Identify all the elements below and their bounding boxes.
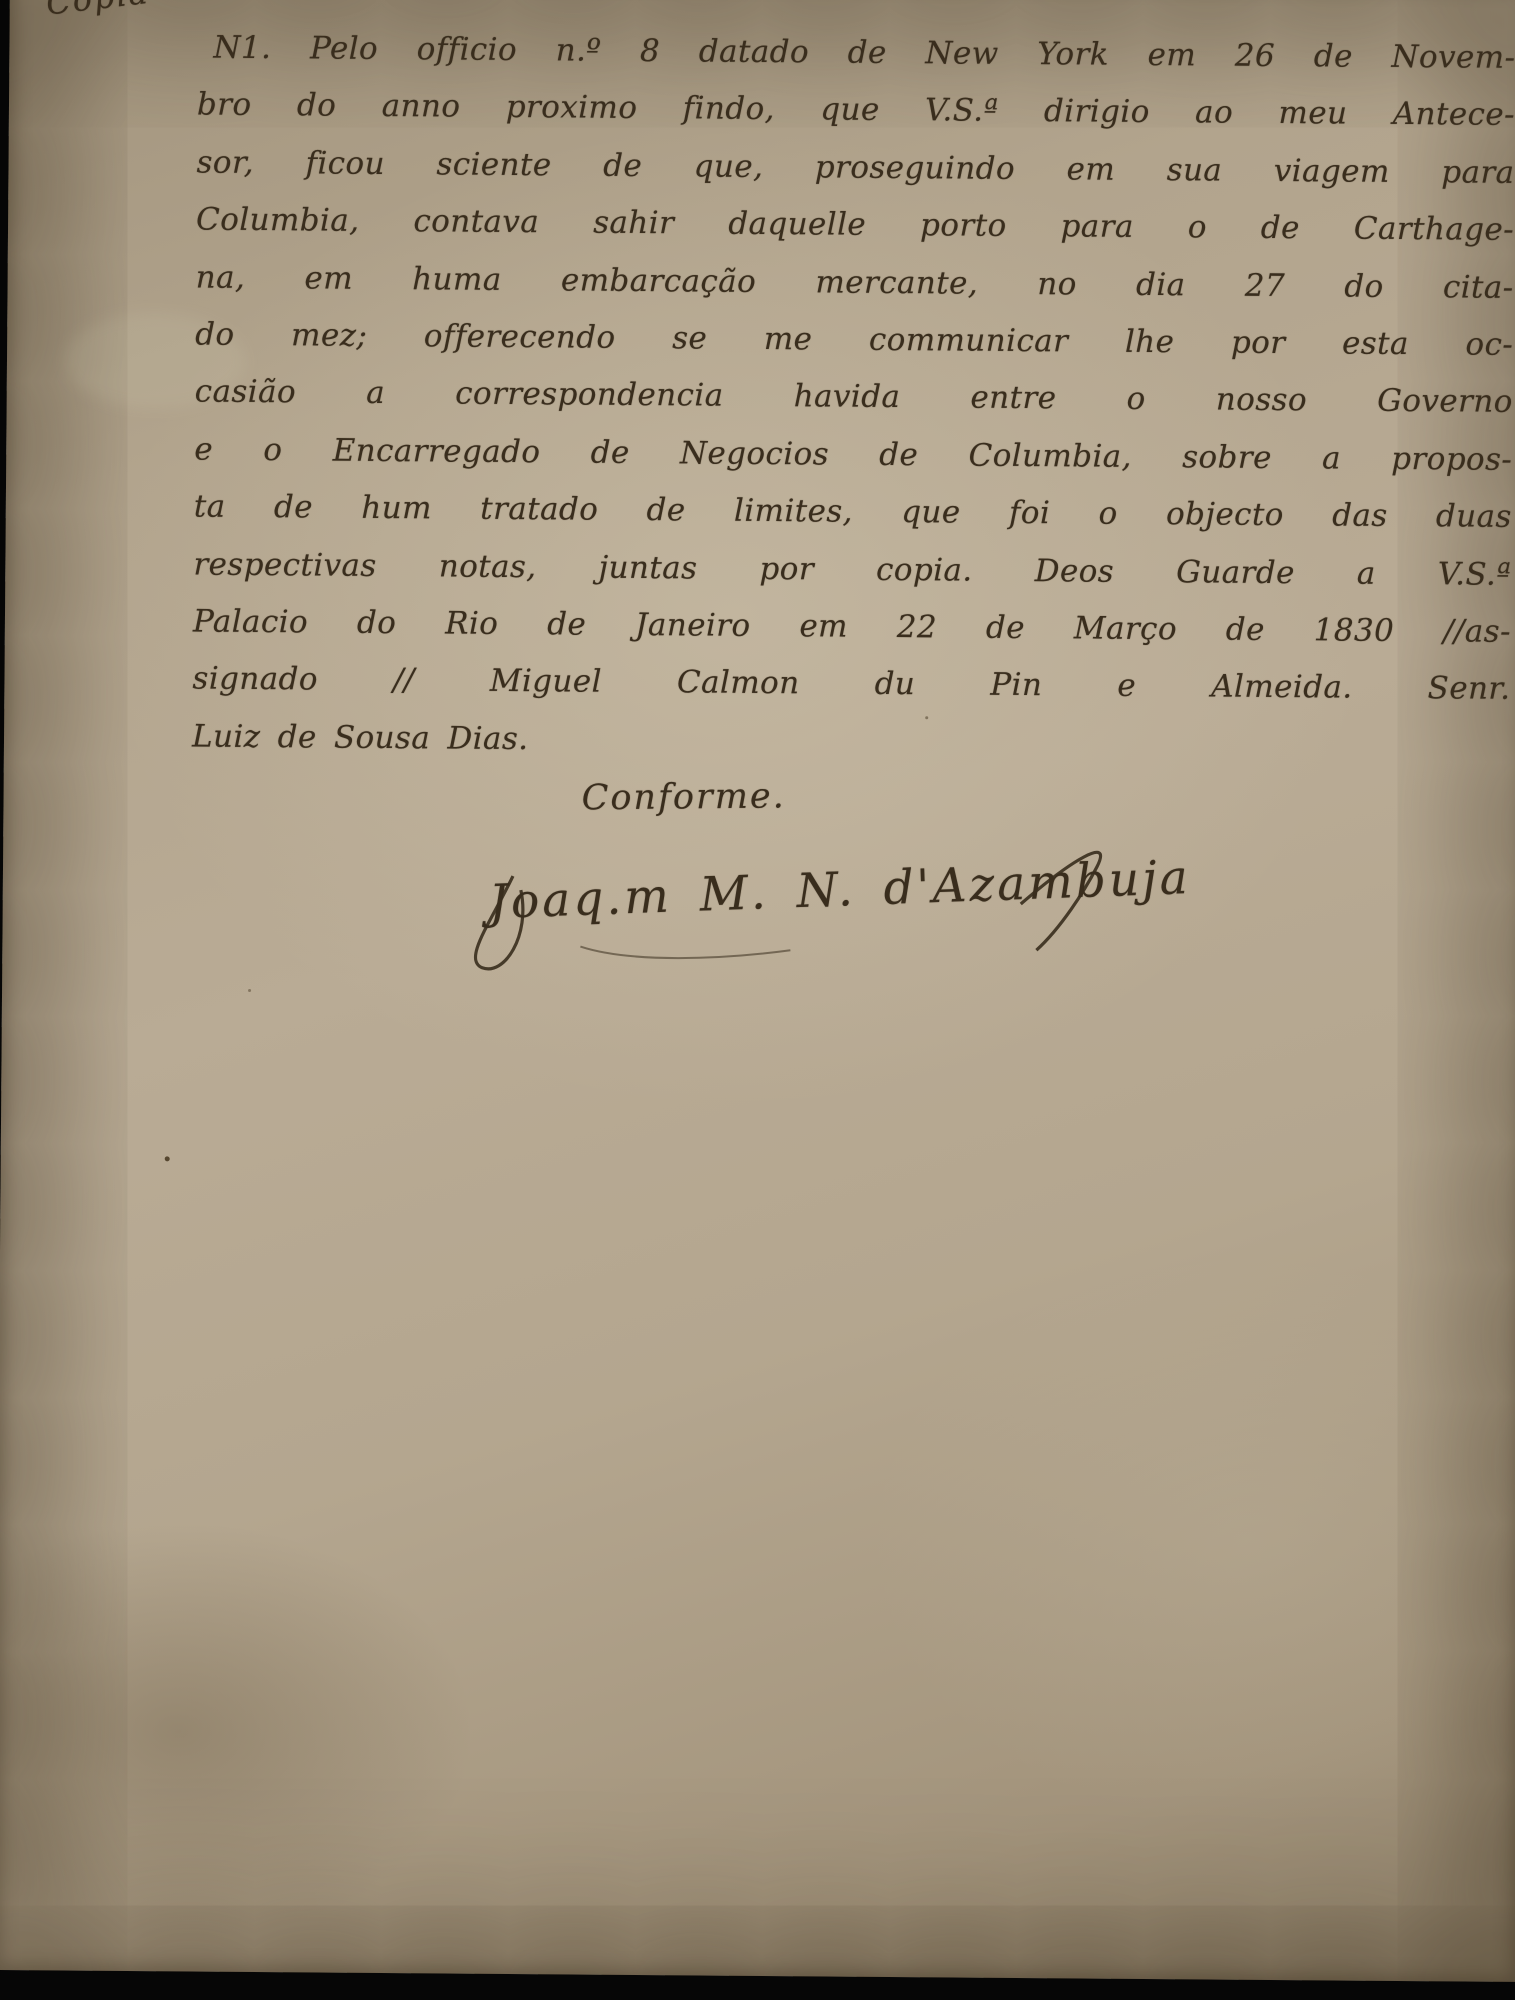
body-line: casião a correspondencia havida entre o …: [195, 364, 1513, 432]
body-line: Luiz de Sousa Dias.: [192, 708, 1510, 776]
body-line: do mez; offerecendo se me communicar lhe…: [195, 306, 1513, 374]
body-line: N1. Pelo officio n.º 8 datado de New Yor…: [197, 20, 1515, 88]
body-line: signado // Miguel Calmon du Pin e Almeid…: [192, 651, 1510, 719]
body-line: Columbia, contava sahir daquelle porto p…: [196, 192, 1514, 260]
body-line: na, em huma embarcação mercante, no dia …: [195, 249, 1513, 317]
signature-block: Joaq.m M. N. d'Azambuja: [460, 828, 1141, 983]
body-line: sor, ficou sciente de que, proseguindo e…: [196, 134, 1514, 202]
manuscript-photo: Copia N1. Pelo officio n.º 8 datado de N…: [0, 0, 1515, 2000]
paper-speck: [925, 716, 928, 719]
body-line: bro do anno proximo findo, que V.S.ª dir…: [197, 77, 1515, 145]
paper-speck: [165, 1156, 170, 1161]
body-line: respectivas notas, juntas por copia. Deo…: [193, 536, 1511, 604]
manuscript-page: Copia N1. Pelo officio n.º 8 datado de N…: [0, 0, 1515, 1982]
copy-annotation: Copia: [44, 0, 151, 23]
body-line: Palacio do Rio de Janeiro em 22 de Março…: [193, 593, 1511, 661]
paper-speck: [248, 989, 251, 992]
body-line: ta de hum tratado de limites, que foi o …: [194, 479, 1512, 547]
body-line: e o Encarregado de Negocios de Columbia,…: [194, 421, 1512, 489]
conforme-note: Conforme.: [581, 776, 786, 818]
letter-body: N1. Pelo officio n.º 8 datado de New Yor…: [192, 20, 1515, 776]
